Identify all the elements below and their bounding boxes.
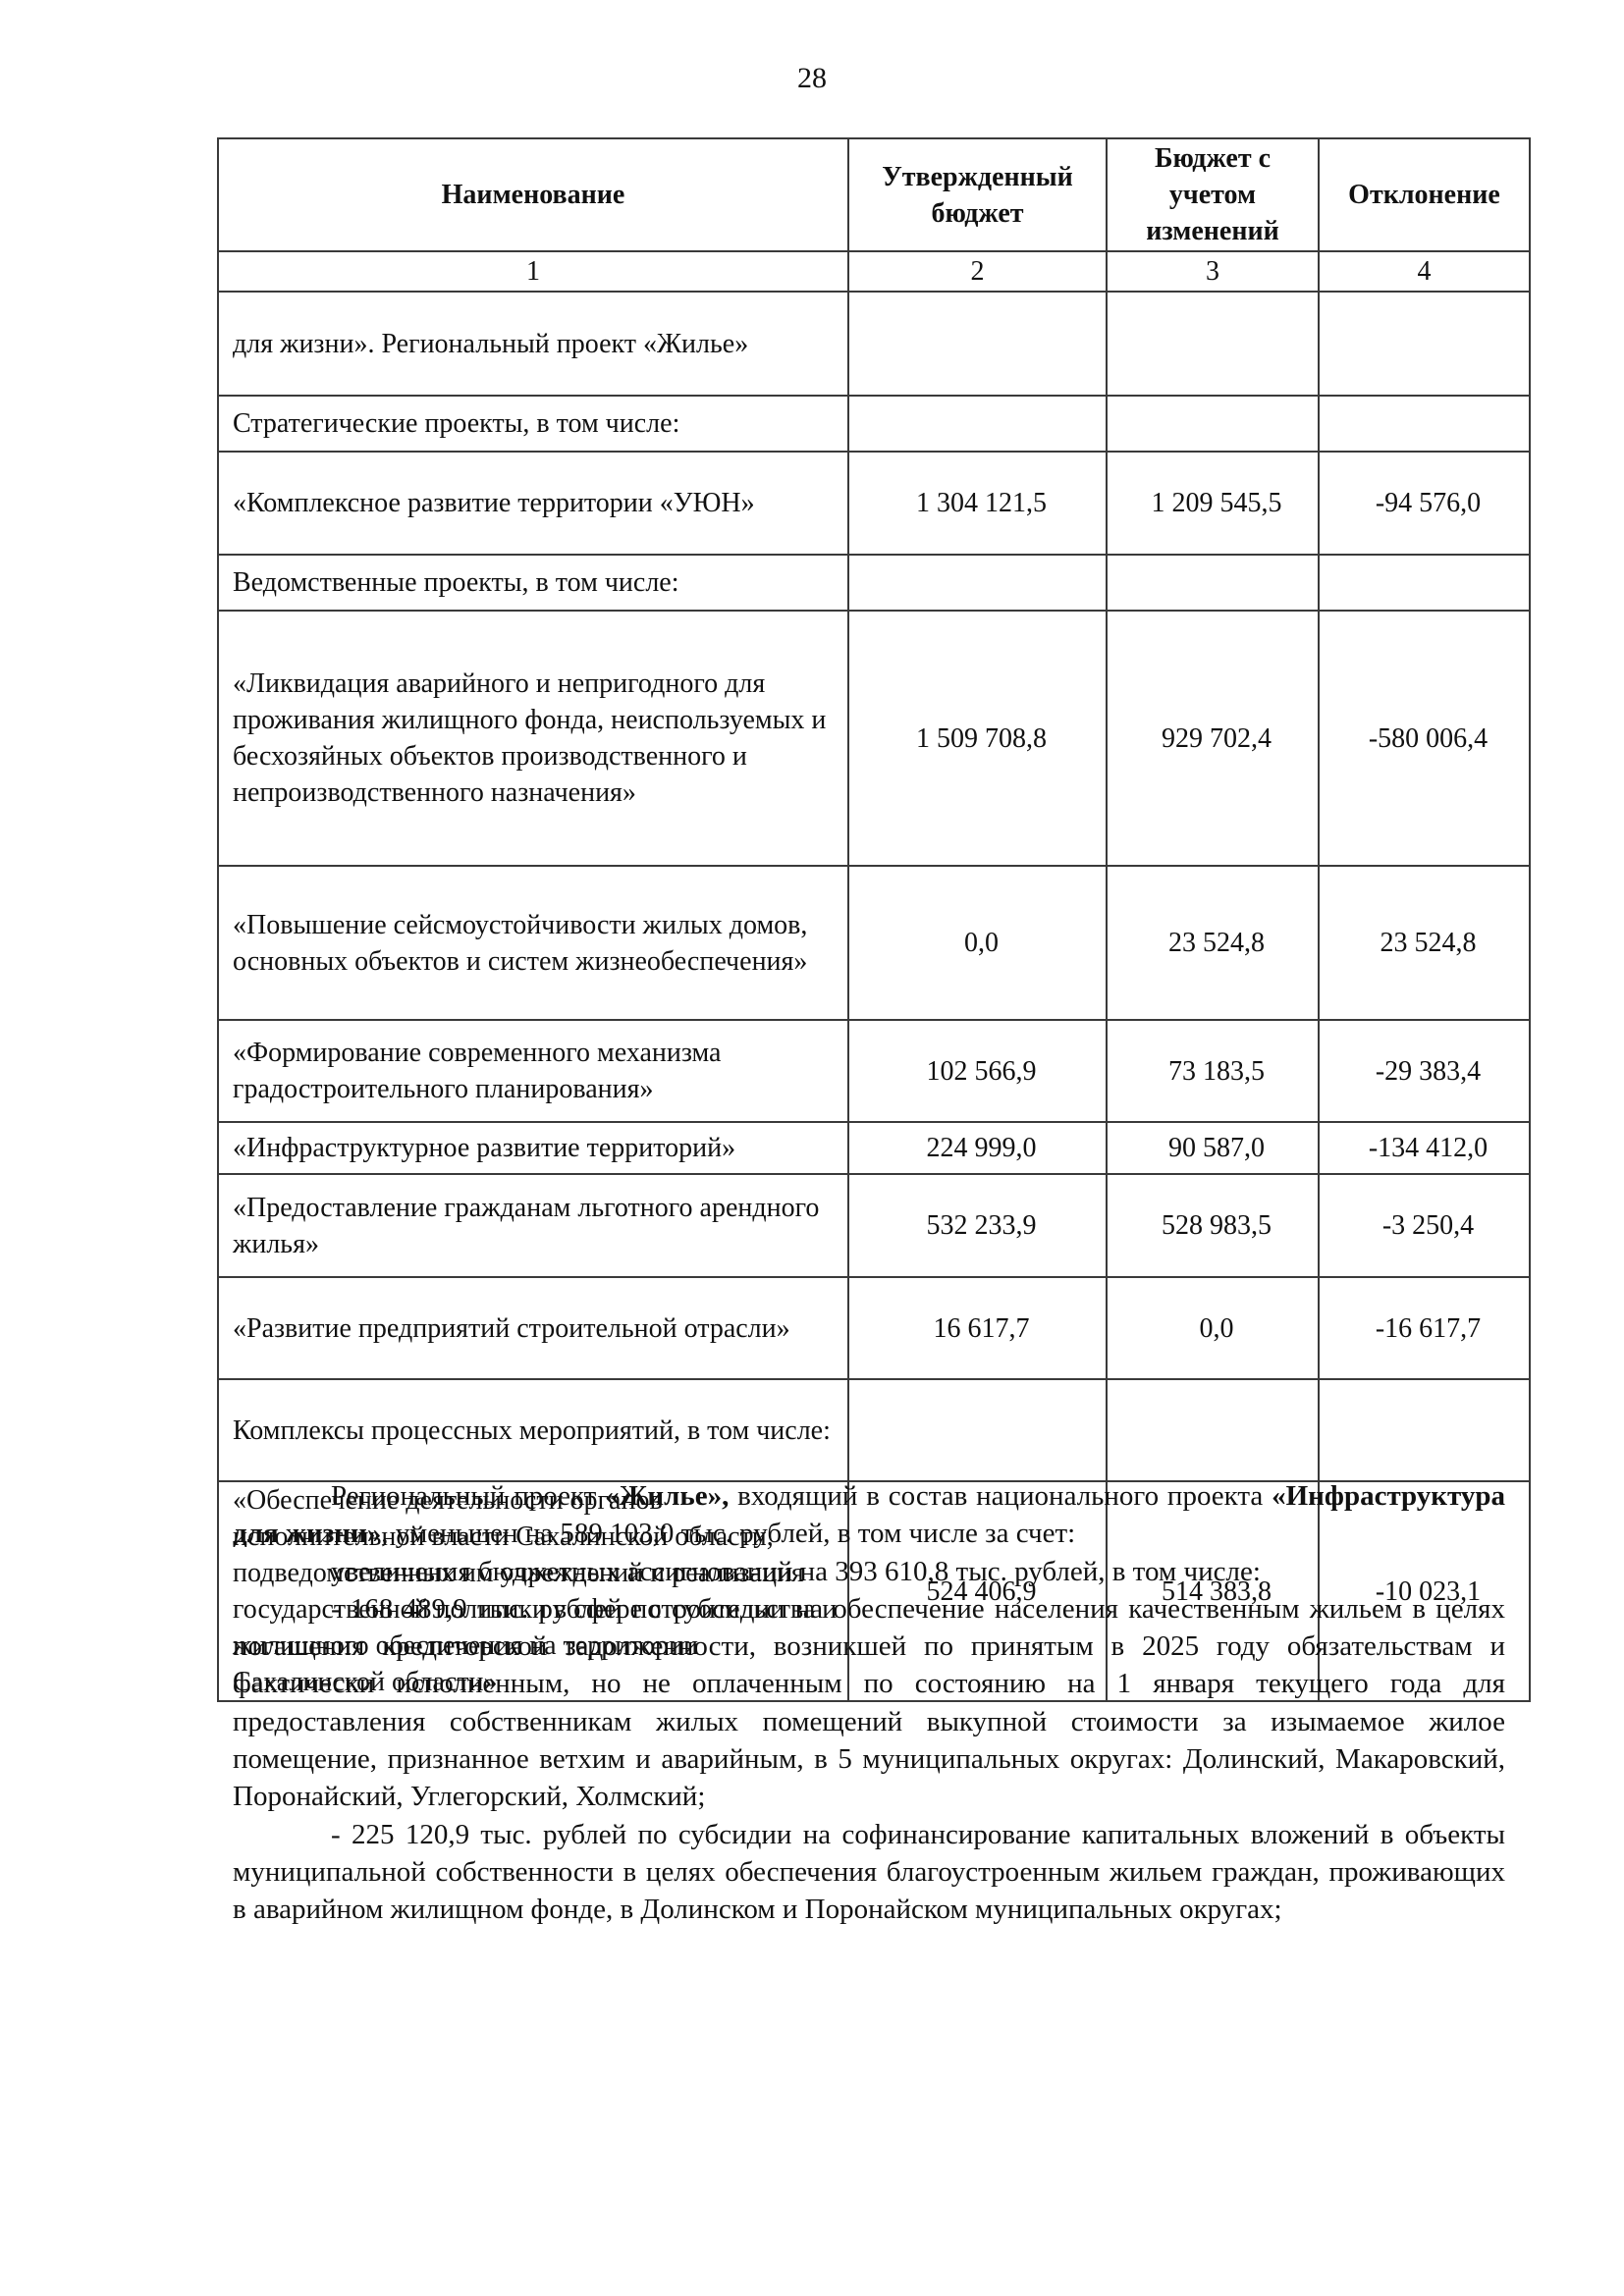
column-number-row: 1 2 3 4 <box>218 251 1530 292</box>
column-number: 4 <box>1319 251 1530 292</box>
column-number: 2 <box>848 251 1107 292</box>
paragraph-increase: увеличения бюджетных ассигнований на 393… <box>233 1553 1505 1590</box>
table-row: для жизни». Региональный проект «Жилье» <box>218 292 1530 396</box>
row-name-cell: для жизни». Региональный проект «Жилье» <box>218 292 848 396</box>
row-name-cell: «Повышение сейсмоустойчивости жилых домо… <box>218 866 848 1020</box>
row-name-cell: Ведомственные проекты, в том числе: <box>218 555 848 611</box>
column-number: 3 <box>1107 251 1319 292</box>
row-name-cell: Комплексы процессных мероприятий, в том … <box>218 1379 848 1481</box>
table-row: Ведомственные проекты, в том числе: <box>218 555 1530 611</box>
project-name-bold: «Жилье», <box>605 1480 729 1512</box>
table-row: «Развитие предприятий строительной отрас… <box>218 1277 1530 1379</box>
revised-budget-cell <box>1107 292 1319 396</box>
revised-budget-cell: 23 524,8 <box>1107 866 1319 1020</box>
row-name-cell: «Инфраструктурное развитие территорий» <box>218 1122 848 1174</box>
row-name-cell: «Предоставление гражданам льготного арен… <box>218 1174 848 1277</box>
deviation-cell: -580 006,4 <box>1319 611 1530 866</box>
deviation-cell <box>1319 1379 1530 1481</box>
revised-budget-cell: 0,0 <box>1107 1277 1319 1379</box>
approved-budget-cell: 1 304 121,5 <box>848 452 1107 555</box>
revised-budget-cell: 1 209 545,5 <box>1107 452 1319 555</box>
row-name-cell: «Формирование современного механизма гра… <box>218 1020 848 1122</box>
header-approved-budget: Утвержденный бюджет <box>848 138 1107 251</box>
table-row: «Комплексное развитие территории «УЮН»1 … <box>218 452 1530 555</box>
text-span: входящий в состав национального проекта <box>729 1480 1272 1512</box>
approved-budget-cell <box>848 292 1107 396</box>
row-name-cell: «Развитие предприятий строительной отрас… <box>218 1277 848 1379</box>
header-name: Наименование <box>218 138 848 251</box>
approved-budget-cell <box>848 555 1107 611</box>
column-number: 1 <box>218 251 848 292</box>
table-row: «Инфраструктурное развитие территорий»22… <box>218 1122 1530 1174</box>
approved-budget-cell: 102 566,9 <box>848 1020 1107 1122</box>
deviation-cell <box>1319 396 1530 452</box>
approved-budget-cell: 224 999,0 <box>848 1122 1107 1174</box>
revised-budget-cell: 73 183,5 <box>1107 1020 1319 1122</box>
deviation-cell: -29 383,4 <box>1319 1020 1530 1122</box>
row-name-cell: «Комплексное развитие территории «УЮН» <box>218 452 848 555</box>
deviation-cell: -94 576,0 <box>1319 452 1530 555</box>
approved-budget-cell: 0,0 <box>848 866 1107 1020</box>
revised-budget-cell: 528 983,5 <box>1107 1174 1319 1277</box>
text-span: Региональный проект <box>331 1480 605 1512</box>
table-row: «Повышение сейсмоустойчивости жилых домо… <box>218 866 1530 1020</box>
paragraph-item-2: - 225 120,9 тыс. рублей по субсидии на с… <box>233 1816 1505 1929</box>
table-row: «Формирование современного механизма гра… <box>218 1020 1530 1122</box>
row-name-cell: Стратегические проекты, в том числе: <box>218 396 848 452</box>
budget-table: Наименование Утвержденный бюджет Бюджет … <box>217 137 1531 1702</box>
header-revised-budget: Бюджет с учетом изменений <box>1107 138 1319 251</box>
revised-budget-cell <box>1107 555 1319 611</box>
paragraph-summary: Региональный проект «Жилье», входящий в … <box>233 1477 1505 1553</box>
deviation-cell: -134 412,0 <box>1319 1122 1530 1174</box>
table-row: Стратегические проекты, в том числе: <box>218 396 1530 452</box>
page-number: 28 <box>0 61 1624 96</box>
approved-budget-cell <box>848 396 1107 452</box>
row-name-cell: «Ликвидация аварийного и непригодного дл… <box>218 611 848 866</box>
deviation-cell: -16 617,7 <box>1319 1277 1530 1379</box>
approved-budget-cell <box>848 1379 1107 1481</box>
text-span: , уменьшен на 589 103,0 тыс. рублей, в т… <box>381 1518 1075 1549</box>
revised-budget-cell: 929 702,4 <box>1107 611 1319 866</box>
table-row: Комплексы процессных мероприятий, в том … <box>218 1379 1530 1481</box>
revised-budget-cell: 90 587,0 <box>1107 1122 1319 1174</box>
body-text: Региональный проект «Жилье», входящий в … <box>233 1477 1505 1929</box>
table-row: «Предоставление гражданам льготного арен… <box>218 1174 1530 1277</box>
approved-budget-cell: 532 233,9 <box>848 1174 1107 1277</box>
paragraph-item-1: - 168 489,9 тыс. рублей по субсидии на о… <box>233 1590 1505 1816</box>
deviation-cell: -3 250,4 <box>1319 1174 1530 1277</box>
approved-budget-cell: 16 617,7 <box>848 1277 1107 1379</box>
table-header-row: Наименование Утвержденный бюджет Бюджет … <box>218 138 1530 251</box>
revised-budget-cell <box>1107 396 1319 452</box>
deviation-cell: 23 524,8 <box>1319 866 1530 1020</box>
approved-budget-cell: 1 509 708,8 <box>848 611 1107 866</box>
header-deviation: Отклонение <box>1319 138 1530 251</box>
deviation-cell <box>1319 555 1530 611</box>
table-row: «Ликвидация аварийного и непригодного дл… <box>218 611 1530 866</box>
deviation-cell <box>1319 292 1530 396</box>
revised-budget-cell <box>1107 1379 1319 1481</box>
